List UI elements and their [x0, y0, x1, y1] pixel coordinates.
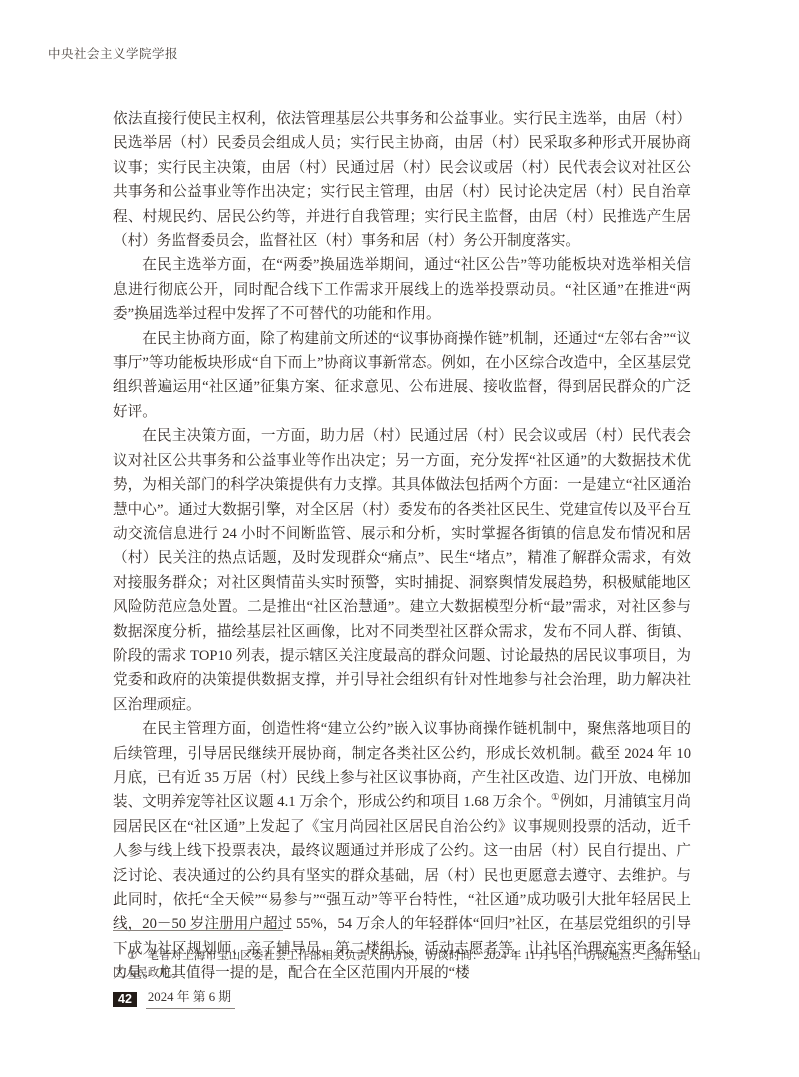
page-footer: 42 2024 年 第 6 期	[113, 986, 235, 1009]
paragraph: 在民主决策方面，一方面，助力居（村）民通过居（村）民会议或居（村）民代表会议对社…	[113, 424, 691, 717]
paragraph: 在民主协商方面，除了构建前文所述的“议事协商操作链”机制，还通过“左邻右舍”“议…	[113, 327, 691, 425]
article-body: 依法直接行使民主权利，依法管理基层公共事务和公益事业。实行民主选举，由居（村）民…	[113, 107, 691, 986]
paragraph: 在民主选举方面，在“两委”换届选举期间，通过“社区公告”等功能板块对选举相关信息…	[113, 253, 691, 326]
page-number-badge: 42	[113, 992, 137, 1007]
footnote-marker: ①	[127, 947, 137, 964]
journal-masthead: 中央社会主义学院学报	[48, 44, 178, 62]
footnote-text: 笔者对上海市宝山区委社会工作部相关负责人的访谈，访谈时间：2024 年 11 月…	[113, 949, 701, 979]
paragraph: 依法直接行使民主权利，依法管理基层公共事务和公益事业。实行民主选举，由居（村）民…	[113, 107, 691, 253]
footnote-separator-rule	[113, 930, 283, 931]
paragraph: 在民主管理方面，创造性将“建立公约”嵌入议事协商操作链机制中，聚焦落地项目的后续…	[113, 717, 691, 985]
issue-label: 2024 年 第 6 期	[146, 986, 235, 1009]
footnote: ①笔者对上海市宝山区委社会工作部相关负责人的访谈，访谈时间：2024 年 11 …	[113, 947, 703, 981]
journal-page: 中央社会主义学院学报 依法直接行使民主权利，依法管理基层公共事务和公益事业。实行…	[0, 0, 799, 1077]
footnote-reference-mark: ①	[551, 794, 560, 804]
